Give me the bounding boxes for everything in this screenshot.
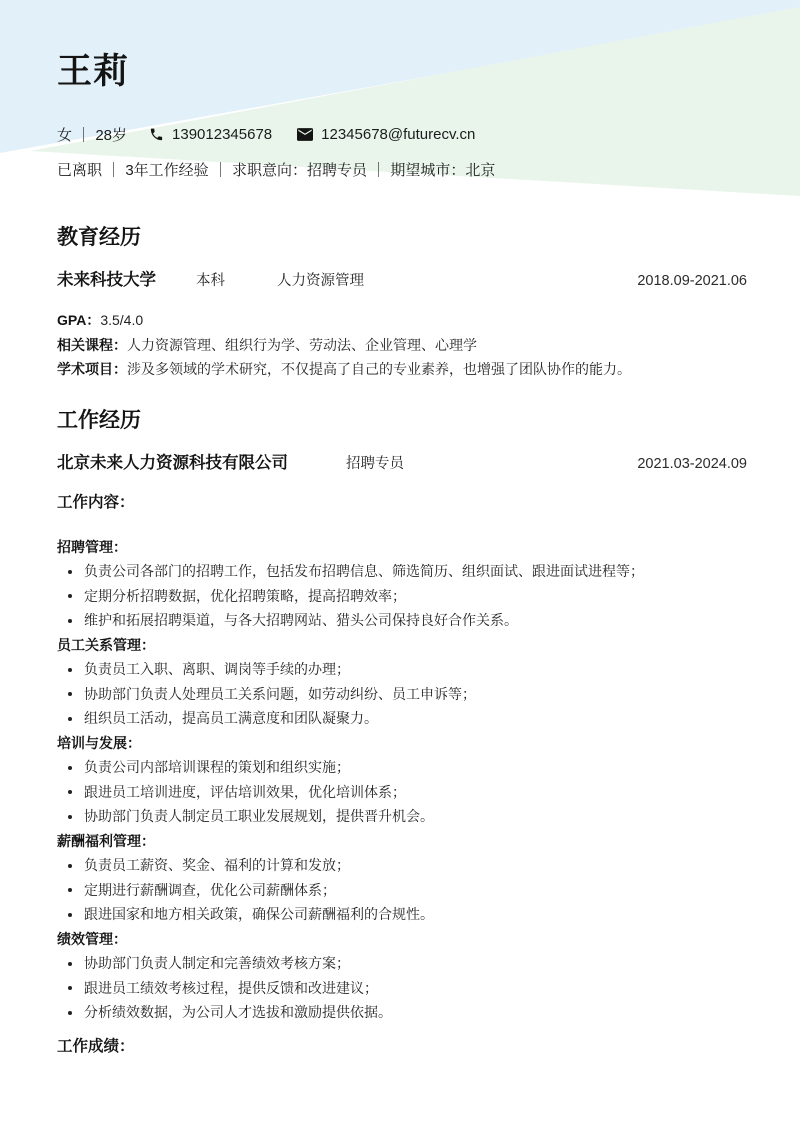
bullet-item: 定期分析招聘数据，优化招聘策略，提高招聘效率； bbox=[57, 584, 747, 609]
email-icon bbox=[297, 128, 313, 141]
work-group-recruiting: 招聘管理： 负责公司各部门的招聘工作，包括发布招聘信息、筛选简历、组织面试、跟进… bbox=[57, 535, 747, 633]
education-entry-row: 未来科技大学 本科 人力资源管理 2018.09-2021.06 bbox=[57, 269, 747, 292]
bullet-list: 负责公司内部培训课程的策划和组织实施； 跟进员工培训进度，评估培训效果，优化培训… bbox=[57, 755, 747, 829]
bullet-item: 跟进员工绩效考核过程，提供反馈和改进建议； bbox=[57, 976, 747, 1001]
bullet-item: 负责公司内部培训课程的策划和组织实施； bbox=[57, 755, 747, 780]
group-title: 薪酬福利管理： bbox=[57, 829, 747, 854]
bullet-item: 负责员工入职、离职、调岗等手续的办理； bbox=[57, 657, 747, 682]
detail-label: GPA： bbox=[57, 312, 100, 328]
work-achievement-label: 工作成绩： bbox=[57, 1036, 747, 1057]
bullet-item: 负责公司各部门的招聘工作，包括发布招聘信息、筛选简历、组织面试、跟进面试进程等； bbox=[57, 559, 747, 584]
bullet-item: 分析绩效数据，为公司人才选拔和激励提供依据。 bbox=[57, 1000, 747, 1025]
work-group-performance: 绩效管理： 协助部门负责人制定和完善绩效考核方案； 跟进员工绩效考核过程，提供反… bbox=[57, 927, 747, 1025]
detail-label: 相关课程： bbox=[57, 337, 127, 353]
bullet-item: 组织员工活动，提高员工满意度和团队凝聚力。 bbox=[57, 706, 747, 731]
bullet-item: 负责员工薪资、奖金、福利的计算和发放； bbox=[57, 853, 747, 878]
section-title-education: 教育经历 bbox=[57, 225, 747, 251]
bullet-item: 协助部门负责人制定员工职业发展规划，提供晋升机会。 bbox=[57, 804, 747, 829]
detail-text: 人力资源管理、组织行为学、劳动法、企业管理、心理学 bbox=[127, 337, 477, 353]
bullet-list: 负责员工薪资、奖金、福利的计算和发放； 定期进行薪酬调查，优化公司薪酬体系； 跟… bbox=[57, 853, 747, 927]
education-details: GPA：3.5/4.0 相关课程：人力资源管理、组织行为学、劳动法、企业管理、心… bbox=[57, 308, 747, 382]
bullet-list: 负责员工入职、离职、调岗等手续的办理； 协助部门负责人处理员工关系问题，如劳动纠… bbox=[57, 657, 747, 731]
major: 人力资源管理 bbox=[277, 270, 364, 292]
phone-icon bbox=[149, 127, 164, 142]
work-entry-row: 北京未来人力资源科技有限公司 招聘专员 2021.03-2024.09 bbox=[57, 452, 747, 475]
group-title: 招聘管理： bbox=[57, 535, 747, 560]
email-address: 12345678@futurecv.cn bbox=[321, 126, 475, 143]
work-group-training: 培训与发展： 负责公司内部培训课程的策划和组织实施； 跟进员工培训进度，评估培训… bbox=[57, 731, 747, 829]
bullet-item: 协助部门负责人制定和完善绩效考核方案； bbox=[57, 951, 747, 976]
education-detail-courses: 相关课程：人力资源管理、组织行为学、劳动法、企业管理、心理学 bbox=[57, 333, 747, 358]
detail-text: 涉及多领域的学术研究，不仅提高了自己的专业素养，也增强了团队协作的能力。 bbox=[127, 361, 631, 377]
bullet-list: 负责公司各部门的招聘工作，包括发布招聘信息、筛选简历、组织面试、跟进面试进程等；… bbox=[57, 559, 747, 633]
candidate-name: 王莉 bbox=[57, 50, 747, 94]
work-period: 2021.03-2024.09 bbox=[637, 453, 747, 475]
resume-content: 王莉 女 ｜ 28岁 139012345678 12345678@futurec… bbox=[0, 0, 800, 1057]
position-title: 招聘专员 bbox=[346, 453, 404, 475]
bullet-list: 协助部门负责人制定和完善绩效考核方案； 跟进员工绩效考核过程，提供反馈和改进建议… bbox=[57, 951, 747, 1025]
work-group-compensation: 薪酬福利管理： 负责员工薪资、奖金、福利的计算和发放； 定期进行薪酬调查，优化公… bbox=[57, 829, 747, 927]
contact-row: 女 ｜ 28岁 139012345678 12345678@futurecv.c… bbox=[57, 124, 747, 144]
degree: 本科 bbox=[196, 270, 225, 292]
group-title: 培训与发展： bbox=[57, 731, 747, 756]
phone-number: 139012345678 bbox=[172, 126, 272, 143]
company-name: 北京未来人力资源科技有限公司 bbox=[57, 452, 288, 474]
group-title: 员工关系管理： bbox=[57, 633, 747, 658]
work-content-label: 工作内容： bbox=[57, 492, 747, 513]
bullet-item: 跟进国家和地方相关政策，确保公司薪酬福利的合规性。 bbox=[57, 902, 747, 927]
education-period: 2018.09-2021.06 bbox=[637, 270, 747, 292]
basic-info: 女 ｜ 28岁 bbox=[57, 124, 127, 145]
resume-page: 王莉 女 ｜ 28岁 139012345678 12345678@futurec… bbox=[0, 0, 800, 1132]
school-name: 未来科技大学 bbox=[57, 269, 156, 291]
work-detail-groups: 招聘管理： 负责公司各部门的招聘工作，包括发布招聘信息、筛选简历、组织面试、跟进… bbox=[57, 535, 747, 1025]
section-title-work: 工作经历 bbox=[57, 408, 747, 434]
bullet-item: 跟进员工培训进度，评估培训效果，优化培训体系； bbox=[57, 780, 747, 805]
bullet-item: 定期进行薪酬调查，优化公司薪酬体系； bbox=[57, 878, 747, 903]
detail-label: 学术项目： bbox=[57, 361, 127, 377]
group-title: 绩效管理： bbox=[57, 927, 747, 952]
work-group-employee-relations: 员工关系管理： 负责员工入职、离职、调岗等手续的办理； 协助部门负责人处理员工关… bbox=[57, 633, 747, 731]
education-detail-gpa: GPA：3.5/4.0 bbox=[57, 308, 747, 333]
education-detail-projects: 学术项目：涉及多领域的学术研究，不仅提高了自己的专业素养，也增强了团队协作的能力… bbox=[57, 357, 747, 382]
bullet-item: 协助部门负责人处理员工关系问题，如劳动纠纷、员工申诉等； bbox=[57, 682, 747, 707]
job-status-line: 已离职 ｜ 3年工作经验 ｜ 求职意向：招聘专员 ｜ 期望城市：北京 bbox=[57, 161, 747, 181]
detail-text: 3.5/4.0 bbox=[100, 312, 143, 328]
bullet-item: 维护和拓展招聘渠道，与各大招聘网站、猎头公司保持良好合作关系。 bbox=[57, 608, 747, 633]
